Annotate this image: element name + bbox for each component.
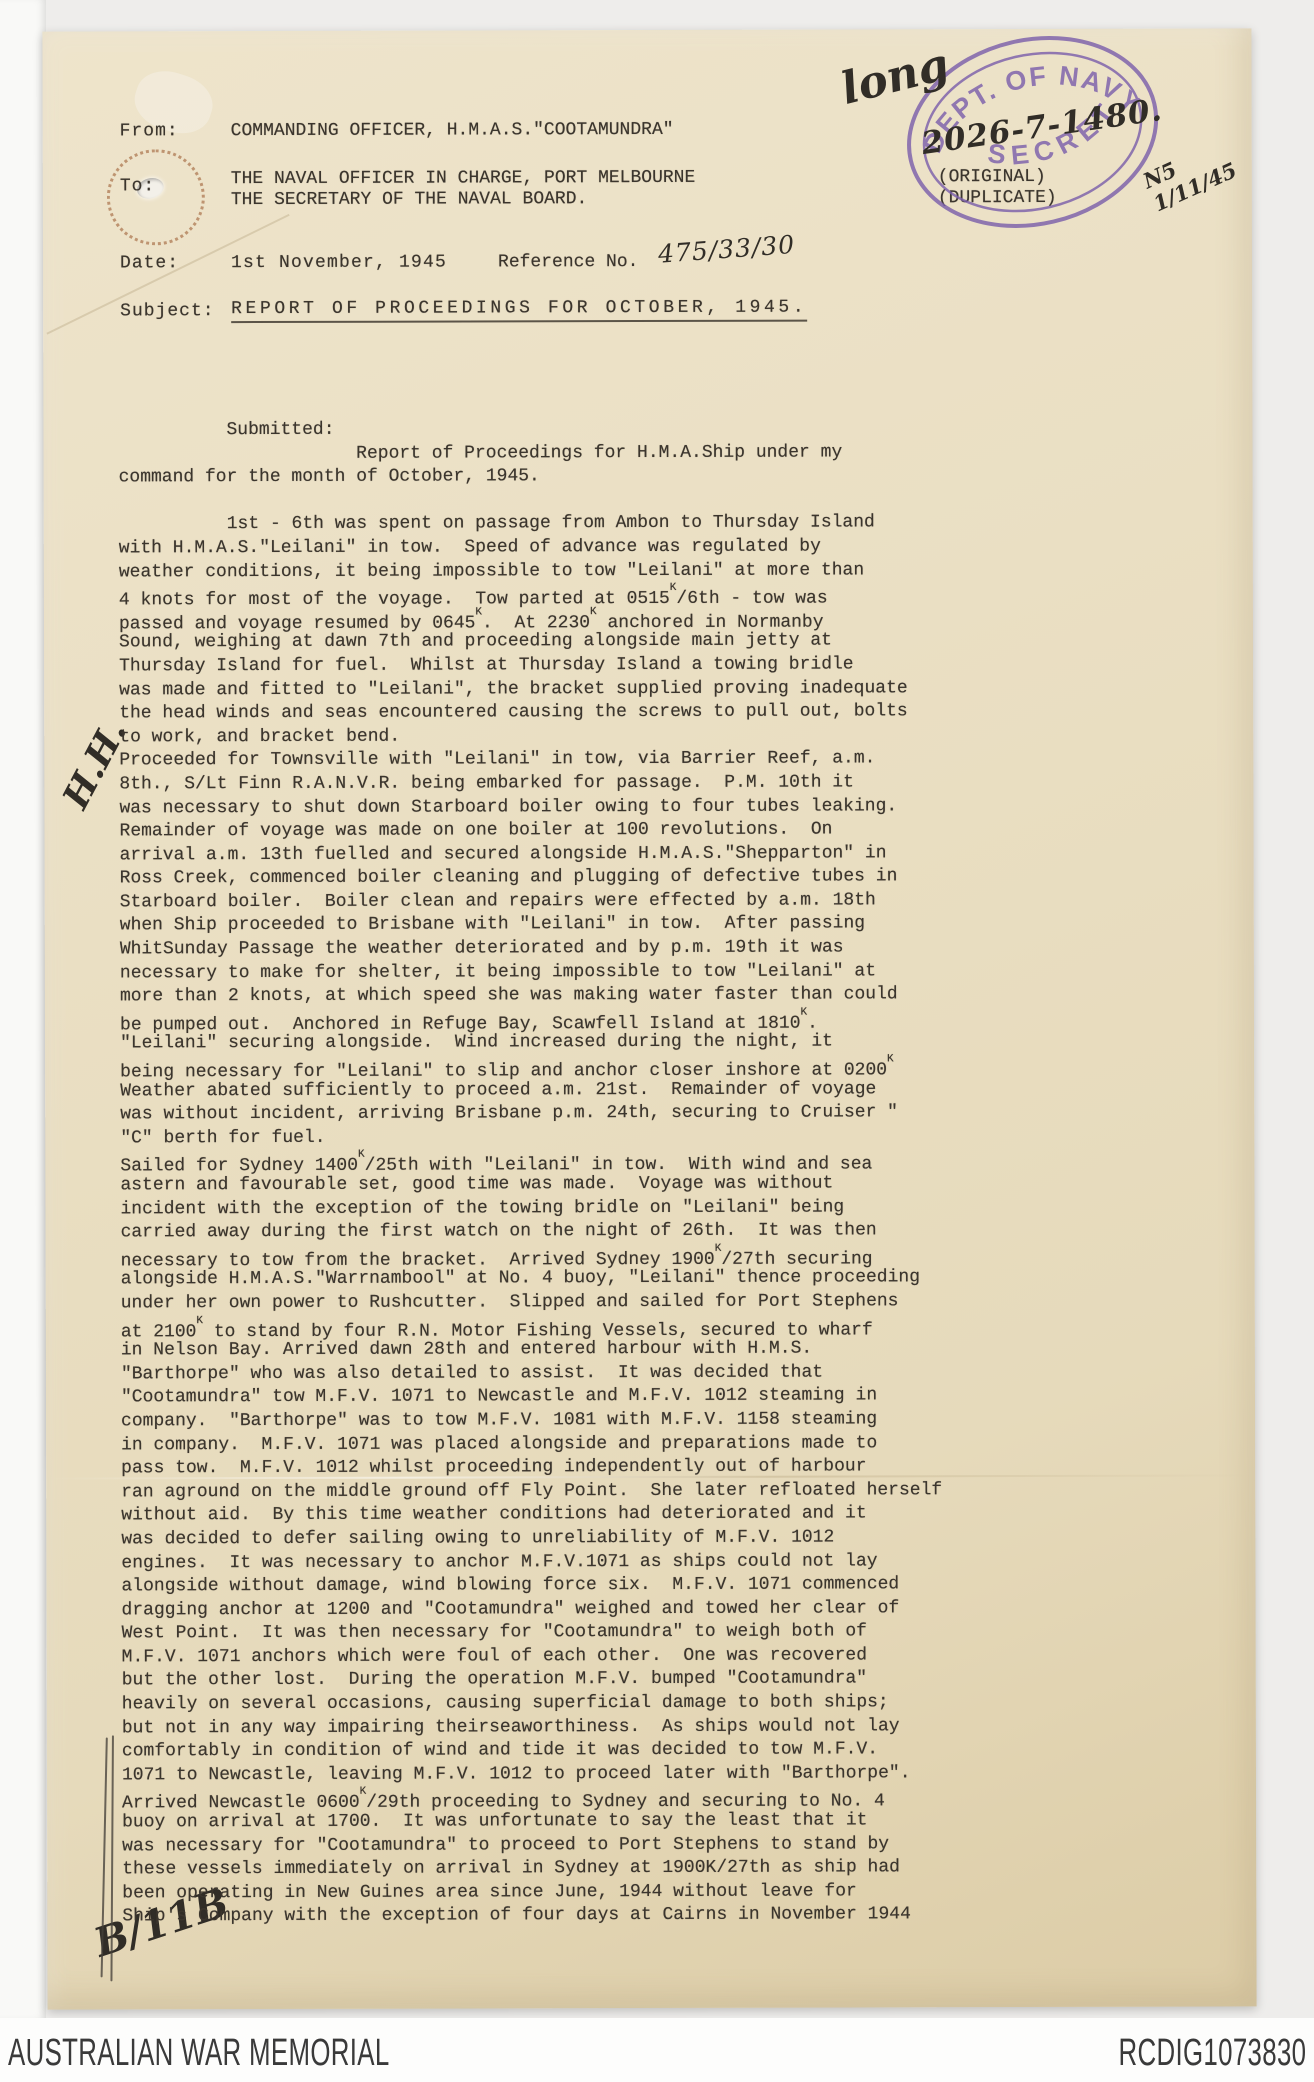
typed-line: to work, and bracket bend. (119, 724, 940, 750)
date-value: 1st November, 1945 (231, 253, 447, 274)
typed-line: but not in any way impairing theirseawor… (122, 1715, 943, 1741)
typed-line: West Point. It was then necessary for "C… (122, 1621, 943, 1647)
typed-line: in company. M.F.V. 1071 was placed along… (121, 1432, 942, 1458)
typed-line: necessary to make for shelter, it being … (120, 960, 941, 986)
typed-line (119, 488, 940, 514)
typed-line: more than 2 knots, at which speed she wa… (120, 983, 941, 1009)
footer-archive-label: AUSTRALIAN WAR MEMORIAL (8, 2032, 390, 2075)
typed-line: dragging anchor at 1200 and "Cootamundra… (122, 1597, 943, 1623)
typed-line: Ship's Company with the exception of fou… (122, 1904, 943, 1930)
typed-line: Ross Creek, commenced boiler cleaning an… (120, 866, 941, 892)
typed-line: carried away during the first watch on t… (121, 1219, 942, 1245)
typed-line: WhitSunday Passage the weather deteriora… (120, 936, 941, 962)
typed-line: M.F.V. 1071 anchors which were foul of e… (122, 1644, 943, 1670)
typed-line: Sound, weighing at dawn 7th and proceedi… (119, 630, 940, 656)
typed-line: comfortably in condition of wind and tid… (122, 1738, 943, 1764)
typed-line: ran aground on the middle ground off Fly… (121, 1479, 942, 1505)
typed-line: Report of Proceedings for H.M.A.Ship und… (118, 441, 939, 467)
typed-line: Thursday Island for fuel. Whilst at Thur… (119, 653, 940, 679)
typed-line: without aid. By this time weather condit… (121, 1503, 942, 1529)
scanned-page: From: COMMANDING OFFICER, H.M.A.S."COOTA… (0, 0, 1314, 2082)
typed-body: Submitted: Report of Proceedings for H.M… (118, 417, 943, 1929)
typed-line: the head winds and seas encountered caus… (119, 700, 940, 726)
reference-number-handwriting: 475/33/30 (657, 230, 796, 269)
typed-line: company. "Barthorpe" was to tow M.F.V. 1… (121, 1408, 942, 1434)
footer-bar: AUSTRALIAN WAR MEMORIAL RCDIG1073830 (0, 2018, 1314, 2082)
typed-line: buoy on arrival at 1700. It was unfortun… (122, 1809, 943, 1835)
typed-line: necessary to tow from the bracket. Arriv… (121, 1243, 942, 1269)
typed-line: in Nelson Bay. Arrived dawn 28th and ent… (121, 1337, 942, 1363)
typed-line: these vessels immediately on arrival in … (122, 1856, 943, 1882)
to-line-1: THE NAVAL OFFICER IN CHARGE, PORT MELBOU… (231, 168, 696, 189)
typed-line: Weather abated sufficiently to proceed a… (120, 1078, 941, 1104)
typed-line: was necessary to shut down Starboard boi… (119, 795, 940, 821)
rust-stain (107, 149, 205, 245)
typed-line: astern and favourable set, good time was… (120, 1172, 941, 1198)
typed-line: but the other lost. During the operation… (122, 1668, 943, 1694)
typed-line: was without incident, arriving Brisbane … (120, 1101, 941, 1127)
typed-line: was made and fitted to "Leilani", the br… (119, 677, 940, 703)
typed-line: Starboard boiler. Boiler clean and repai… (120, 889, 941, 915)
typed-line: was necessary for "Cootamundra" to proce… (122, 1833, 943, 1859)
typed-line: "Cootamundra" tow M.F.V. 1071 to Newcast… (121, 1385, 942, 1411)
typed-line: been operating in New Guines area since … (122, 1880, 943, 1906)
typed-line: 1071 to Newcastle, leaving M.F.V. 1012 t… (122, 1762, 943, 1788)
to-label: To: (120, 176, 155, 196)
typed-line: was decided to defer sailing owing to un… (121, 1526, 942, 1552)
typed-line: with H.M.A.S."Leilani" in tow. Speed of … (119, 535, 940, 561)
typed-line: arrival a.m. 13th fuelled and secured al… (120, 842, 941, 868)
typed-line: "C" berth for fuel. (120, 1125, 941, 1151)
typed-line: engines. It was necessary to anchor M.F.… (121, 1550, 942, 1576)
document-paper: From: COMMANDING OFFICER, H.M.A.S."COOTA… (42, 28, 1256, 2009)
typed-line: Proceeded for Townsville with "Leilani" … (119, 748, 940, 774)
typed-line: incident with the exception of the towin… (120, 1196, 941, 1222)
typed-line: be pumped out. Anchored in Refuge Bay, S… (120, 1007, 941, 1033)
typed-line: under her own power to Rushcutter. Slipp… (121, 1290, 942, 1316)
typed-line: alongside H.M.A.S."Warrnambool" at No. 4… (121, 1267, 942, 1293)
typed-line: "Barthorpe" who was also detailed to ass… (121, 1361, 942, 1387)
date-label: Date: (120, 253, 179, 273)
typed-line: when Ship proceeded to Brisbane with "Le… (120, 913, 941, 939)
scan-edge-strip (0, 0, 46, 2018)
typed-line: Arrived Newcastle 0600K/29th proceeding … (122, 1786, 943, 1812)
subject-value: REPORT OF PROCEEDINGS FOR OCTOBER, 1945. (231, 298, 807, 324)
typed-line: 8th., S/Lt Finn R.A.N.V.R. being embarke… (119, 771, 940, 797)
typed-line: Sailed for Sydney 1400K/25th with "Leila… (120, 1149, 941, 1175)
typed-line: pass tow. M.F.V. 1012 whilst proceeding … (121, 1455, 942, 1481)
typed-line: heavily on several occasions, causing su… (122, 1691, 943, 1717)
footer-record-id: RCDIG1073830 (1118, 2032, 1306, 2075)
typed-line: being necessary for "Leilani" to slip an… (120, 1054, 941, 1080)
to-line-2: THE SECRETARY OF THE NAVAL BOARD. (231, 189, 588, 210)
reference-label: Reference No. (498, 252, 638, 272)
typed-line: Submitted: (118, 417, 939, 443)
typed-line: 4 knots for most of the voyage. Tow part… (119, 582, 940, 608)
subject-label: Subject: (120, 301, 214, 321)
typed-line: "Leilani" securing alongside. Wind incre… (120, 1031, 941, 1057)
typed-line: at 2100K to stand by four R.N. Motor Fis… (121, 1314, 942, 1340)
typed-line: alongside without damage, wind blowing f… (121, 1573, 942, 1599)
from-value: COMMANDING OFFICER, H.M.A.S."COOTAMUNDRA… (231, 120, 674, 141)
typed-line: 1st - 6th was spent on passage from Ambo… (119, 512, 940, 538)
from-label: From: (120, 121, 179, 141)
typed-line: command for the month of October, 1945. (119, 464, 940, 490)
typed-line: weather conditions, it being impossible … (119, 559, 940, 585)
typed-line: passed and voyage resumed by 0645K. At 2… (119, 606, 940, 632)
typed-line: Remainder of voyage was made on one boil… (119, 818, 940, 844)
